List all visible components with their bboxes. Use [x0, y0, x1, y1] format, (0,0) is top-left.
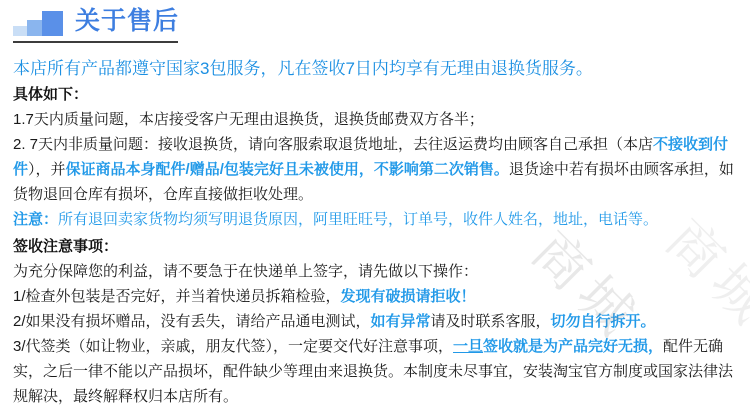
bar-chart-icon-bar-large — [42, 11, 63, 36]
highlight-abnormal: 如有异常 — [371, 313, 431, 330]
after-sales-section: 关于售后 本店所有产品都遵守国家3包服务，凡在签收7日内均享有无理由退换货服务。… — [0, 0, 750, 405]
section2-heading: 签收注意事项： — [13, 234, 742, 259]
text-segment: 3/代签类（如让物业，亲戚，朋友代签），一定要交代好注意事项， — [13, 338, 453, 355]
sign-tip-1: 1/检查外包装是否完好，并当着快递员拆箱检验，发现有破损请拒收！ — [13, 284, 742, 309]
policy-line-2: 2. 7天内非质量问题：接收退换货，请向客服索取退货地址，去往返运费均由顾客自己… — [13, 132, 742, 207]
page-title: 关于售后 — [75, 6, 179, 36]
highlight-once-signed: 签收就是为产品完好无损， — [483, 338, 663, 355]
title-underline — [13, 41, 178, 43]
note-label: 注意： — [13, 211, 58, 228]
highlight-refuse-damaged: 发现有破损请拒收！ — [341, 288, 476, 305]
text-segment: 1/检查外包装是否完好，并当着快递员拆箱检验， — [13, 288, 341, 305]
return-note: 注意：所有退回卖家货物均须写明退货原因，阿里旺旺号，订单号，收件人姓名，地址，电… — [13, 207, 742, 232]
intro-text: 本店所有产品都遵守国家3包服务，凡在签收7日内均享有无理由退换货服务。 — [13, 55, 742, 82]
sign-tip-intro: 为充分保障您的利益，请不要急于在快递单上签字，请先做以下操作： — [13, 259, 742, 284]
text-segment: 2. 7天内非质量问题：接收退换货，请向客服索取退货地址，去往返运费均由顾客自己… — [13, 136, 653, 153]
text-segment: 请及时联系客服， — [431, 313, 551, 330]
policy-line-1: 1.7天内质量问题，本店接受客户无理由退换货，退换货邮费双方各半； — [13, 107, 742, 132]
section-header: 关于售后 — [13, 6, 742, 36]
text-segment: ），并 — [28, 161, 66, 178]
highlight-once-signed-underlined: 一旦 — [453, 338, 483, 355]
note-text: 所有退回卖家货物均须写明退货原因，阿里旺旺号，订单号，收件人姓名，地址，电话等。 — [58, 211, 658, 228]
sign-tip-2: 2/如果没有损坏赠品，没有丢失，请给产品通电测试，如有异常请及时联系客服，切勿自… — [13, 309, 742, 334]
text-segment: 2/如果没有损坏赠品，没有丢失，请给产品通电测试， — [13, 313, 371, 330]
highlight-intact-condition: 保证商品本身配件/赠品/包装完好且未被使用，不影响第二次销售。 — [66, 161, 509, 178]
highlight-no-self-disassembly: 切勿自行拆开。 — [551, 313, 656, 330]
bar-chart-icon — [13, 11, 63, 36]
sign-tip-3: 3/代签类（如让物业，亲戚，朋友代签），一定要交代好注意事项，一旦签收就是为产品… — [13, 334, 742, 405]
section1-heading: 具体如下： — [13, 82, 742, 107]
